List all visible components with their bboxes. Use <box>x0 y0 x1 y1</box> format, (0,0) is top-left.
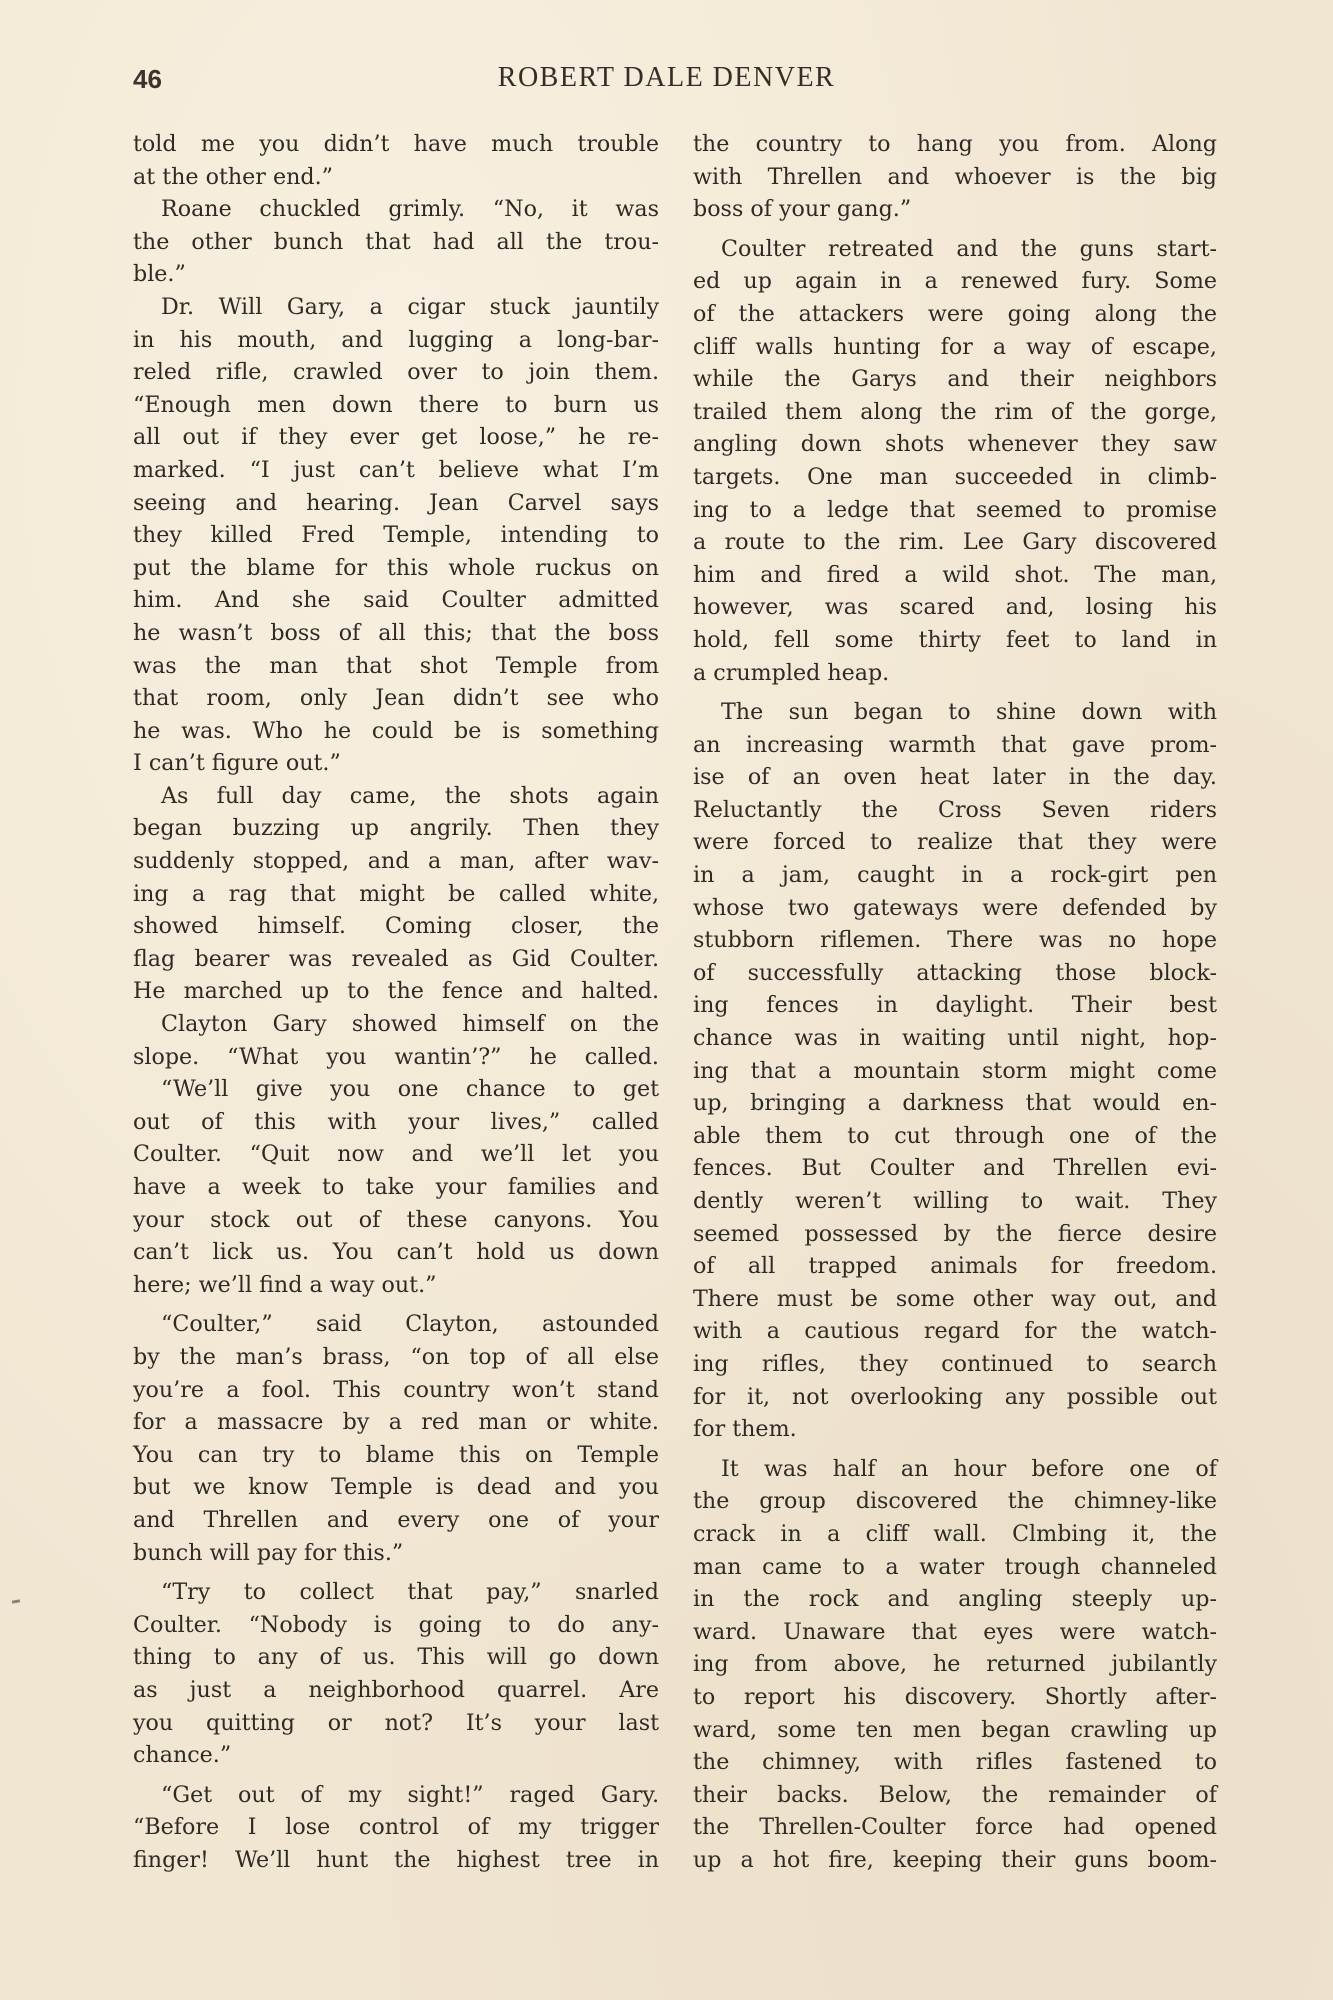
text-line: Coulter. “Quit now and we’ll let you <box>133 1138 659 1171</box>
text-line: able them to cut through one of the <box>693 1120 1217 1153</box>
text-line: you quitting or not? It’s your last <box>133 1707 659 1740</box>
text-line: dently weren’t willing to wait. They <box>693 1185 1217 1218</box>
text-line: slope. “What you wantin’?” he called. <box>133 1041 659 1074</box>
text-line: while the Garys and their neighbors <box>693 363 1217 396</box>
text-line: Coulter. “Nobody is going to do any- <box>133 1609 659 1642</box>
text-line: ed up again in a renewed fury. Some <box>693 265 1217 298</box>
text-line: him and fired a wild shot. The man, <box>693 559 1217 592</box>
text-line: showed himself. Coming closer, the <box>133 910 659 943</box>
text-line: the chimney, with rifles fastened to <box>693 1746 1217 1779</box>
text-line: ward, some ten men began crawling up <box>693 1714 1217 1747</box>
text-line: targets. One man succeeded in climb- <box>693 461 1217 494</box>
text-line: out of this with your lives,” called <box>133 1106 659 1139</box>
text-line: boss of your gang.” <box>693 193 1217 226</box>
text-line: angling down shots whenever they saw <box>693 428 1217 461</box>
text-line: with a cautious regard for the watch- <box>693 1315 1217 1348</box>
text-line: seemed possessed by the fierce desire <box>693 1218 1217 1251</box>
left-column: told me you didn’t have much troubleat t… <box>133 128 659 1876</box>
text-line: have a week to take your families and <box>133 1171 659 1204</box>
right-column: the country to hang you from. Alongwith … <box>693 128 1217 1876</box>
text-line: the other bunch that had all the trou- <box>133 226 659 259</box>
text-line: began buzzing up angrily. Then they <box>133 812 659 845</box>
text-line: up a hot fire, keeping their guns boom- <box>693 1844 1217 1877</box>
text-line: you’re a fool. This country won’t stand <box>133 1374 659 1407</box>
text-line: all out if they ever get loose,” he re- <box>133 421 659 454</box>
text-line: Reluctantly the Cross Seven riders <box>693 794 1217 827</box>
text-line: the group discovered the chimney-like <box>693 1485 1217 1518</box>
text-line: they killed Fred Temple, intending to <box>133 519 659 552</box>
text-line: chance.” <box>133 1739 659 1772</box>
text-line: the Threllen-Coulter force had opened <box>693 1811 1217 1844</box>
text-line: of successfully attacking those block- <box>693 957 1217 990</box>
text-line: stubborn riflemen. There was no hope <box>693 924 1217 957</box>
text-line: an increasing warmth that gave prom- <box>693 729 1217 762</box>
text-line: for them. <box>693 1413 1217 1446</box>
text-line: cliff walls hunting for a way of escape, <box>693 331 1217 364</box>
text-line: ward. Unaware that eyes were watch- <box>693 1616 1217 1649</box>
text-line: “Try to collect that pay,” snarled <box>133 1576 659 1609</box>
text-line: He marched up to the fence and halted. <box>133 975 659 1008</box>
text-line: at the other end.” <box>133 161 659 194</box>
text-line: marked. “I just can’t believe what I’m <box>133 454 659 487</box>
text-line: “We’ll give you one chance to get <box>133 1073 659 1106</box>
text-line: that room, only Jean didn’t see who <box>133 682 659 715</box>
text-line: You can try to blame this on Temple <box>133 1439 659 1472</box>
paragraph-gap <box>133 1772 659 1779</box>
text-line: with Threllen and whoever is the big <box>693 161 1217 194</box>
text-line: in the rock and angling steeply up- <box>693 1583 1217 1616</box>
text-line: Coulter retreated and the guns start- <box>693 233 1217 266</box>
text-line: of the attackers were going along the <box>693 298 1217 331</box>
paragraph-gap <box>133 1569 659 1576</box>
text-line: Dr. Will Gary, a cigar stuck jauntily <box>133 291 659 324</box>
text-line: Clayton Gary showed himself on the <box>133 1008 659 1041</box>
text-line: ble.” <box>133 258 659 291</box>
text-line: in his mouth, and lugging a long-bar- <box>133 324 659 357</box>
text-line: Roane chuckled grimly. “No, it was <box>133 193 659 226</box>
text-line: were forced to realize that they were <box>693 826 1217 859</box>
text-line: ing from above, he returned jubilantly <box>693 1648 1217 1681</box>
text-line: As full day came, the shots again <box>133 780 659 813</box>
text-line: of all trapped animals for freedom. <box>693 1250 1217 1283</box>
text-line: It was half an hour before one of <box>693 1453 1217 1486</box>
text-line: “Get out of my sight!” raged Gary. <box>133 1779 659 1812</box>
text-line: for it, not overlooking any possible out <box>693 1381 1217 1414</box>
text-line: There must be some other way out, and <box>693 1283 1217 1316</box>
text-line: in a jam, caught in a rock-girt pen <box>693 859 1217 892</box>
text-line: and Threllen and every one of your <box>133 1504 659 1537</box>
text-line: finger! We’ll hunt the highest tree in <box>133 1844 659 1877</box>
text-line: he wasn’t boss of all this; that the bos… <box>133 617 659 650</box>
text-line: can’t lick us. You can’t hold us down <box>133 1236 659 1269</box>
running-title: ROBERT DALE DENVER <box>0 62 1333 94</box>
text-line: thing to any of us. This will go down <box>133 1641 659 1674</box>
text-line: their backs. Below, the remainder of <box>693 1779 1217 1812</box>
text-line: “Before I lose control of my trigger <box>133 1811 659 1844</box>
text-line: he was. Who he could be is something <box>133 715 659 748</box>
text-line: up, bringing a darkness that would en- <box>693 1087 1217 1120</box>
text-line: fences. But Coulter and Threllen evi- <box>693 1152 1217 1185</box>
text-line: seeing and hearing. Jean Carvel says <box>133 487 659 520</box>
text-line: but we know Temple is dead and you <box>133 1471 659 1504</box>
text-line: The sun began to shine down with <box>693 696 1217 729</box>
text-line: by the man’s brass, “on top of all else <box>133 1341 659 1374</box>
text-line: your stock out of these canyons. You <box>133 1204 659 1237</box>
text-line: told me you didn’t have much trouble <box>133 128 659 161</box>
text-line: was the man that shot Temple from <box>133 650 659 683</box>
text-line: ing that a mountain storm might come <box>693 1055 1217 1088</box>
text-line: ing to a ledge that seemed to promise <box>693 494 1217 527</box>
text-line: a route to the rim. Lee Gary discovered <box>693 526 1217 559</box>
text-line: “Coulter,” said Clayton, astounded <box>133 1308 659 1341</box>
text-line: ing fences in daylight. Their best <box>693 989 1217 1022</box>
text-line: chance was in waiting until night, hop- <box>693 1022 1217 1055</box>
text-line: put the blame for this whole ruckus on <box>133 552 659 585</box>
text-line: flag bearer was revealed as Gid Coulter. <box>133 943 659 976</box>
text-line: bunch will pay for this.” <box>133 1537 659 1570</box>
text-line: trailed them along the rim of the gorge, <box>693 396 1217 429</box>
text-line: hold, fell some thirty feet to land in <box>693 624 1217 657</box>
text-line: however, was scared and, losing his <box>693 591 1217 624</box>
paragraph-gap <box>693 689 1217 696</box>
margin-ink-mark <box>12 1599 20 1603</box>
text-line: ise of an oven heat later in the day. <box>693 761 1217 794</box>
text-line: for a massacre by a red man or white. <box>133 1406 659 1439</box>
text-line: a crumpled heap. <box>693 657 1217 690</box>
text-line: reled rifle, crawled over to join them. <box>133 356 659 389</box>
text-line: man came to a water trough channeled <box>693 1551 1217 1584</box>
text-line: here; we’ll find a way out.” <box>133 1269 659 1302</box>
text-line: I can’t figure out.” <box>133 747 659 780</box>
text-line: as just a neighborhood quarrel. Are <box>133 1674 659 1707</box>
text-line: the country to hang you from. Along <box>693 128 1217 161</box>
text-line: whose two gateways were defended by <box>693 892 1217 925</box>
paragraph-gap <box>693 1446 1217 1453</box>
text-line: him. And she said Coulter admitted <box>133 584 659 617</box>
paragraph-gap <box>693 226 1217 233</box>
text-line: ing a rag that might be called white, <box>133 878 659 911</box>
text-line: crack in a cliff wall. Clmbing it, the <box>693 1518 1217 1551</box>
text-line: ing rifles, they continued to search <box>693 1348 1217 1381</box>
text-line: “Enough men down there to burn us <box>133 389 659 422</box>
text-line: suddenly stopped, and a man, after wav- <box>133 845 659 878</box>
paragraph-gap <box>133 1301 659 1308</box>
text-line: to report his discovery. Shortly after- <box>693 1681 1217 1714</box>
